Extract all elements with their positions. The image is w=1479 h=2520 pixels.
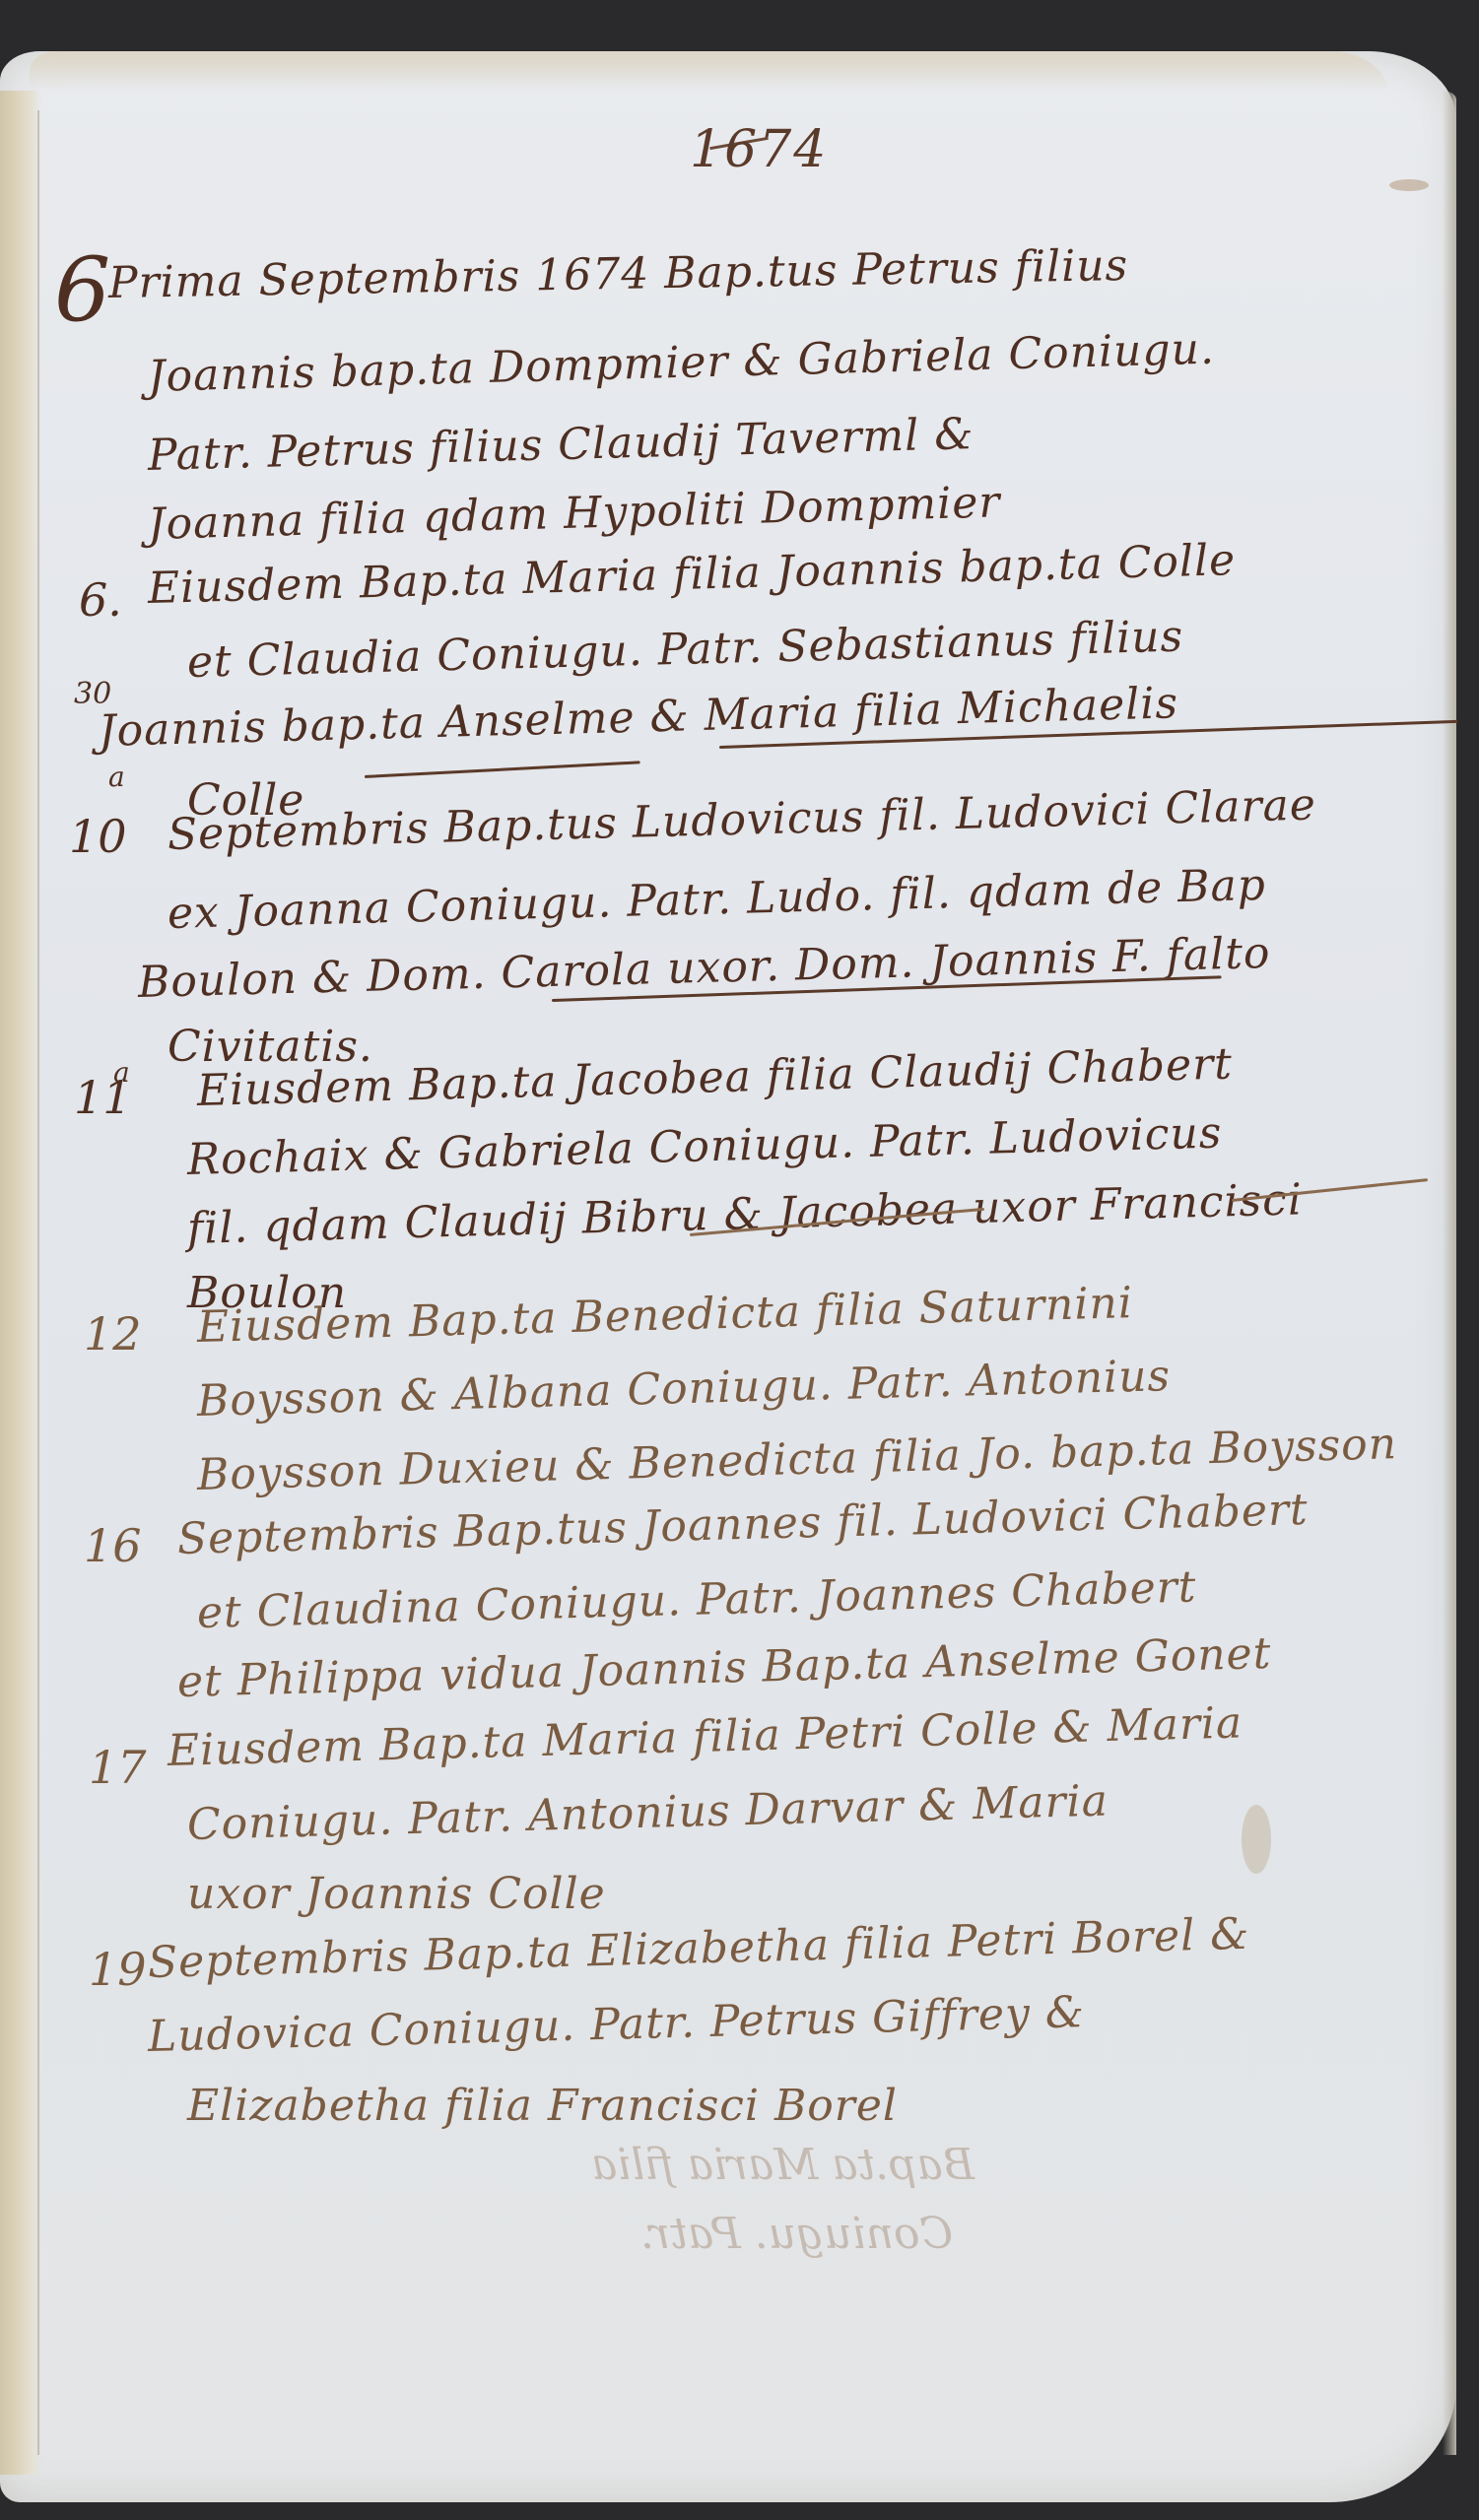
ink-stain: [1389, 179, 1429, 191]
entry-line: Ludovica Coniugu. Patr. Petrus Giffrey &: [147, 1987, 1085, 2062]
binding-fold-line: [37, 110, 39, 2455]
water-stain: [1242, 1805, 1271, 1874]
entry-margin-number: 12: [84, 1307, 142, 1360]
entry-margin-number: 10: [69, 810, 127, 863]
entry-line: Patr. Petrus filius Claudij Taverml &: [147, 409, 975, 481]
entry-line: et Philippa vidua Joannis Bap.ta Anselme…: [176, 1628, 1272, 1707]
entry-margin-prefix: 30: [74, 677, 111, 711]
page-top-edge: [30, 51, 1387, 91]
entry-line: et Claudia Coniugu. Patr. Sebastianus fi…: [186, 612, 1183, 688]
manuscript-page: 1674 6 Prima Septembris 1674 Bap.tus Pet…: [0, 51, 1456, 2502]
entry-line: Boysson & Albana Coniugu. Patr. Antonius: [196, 1351, 1171, 1426]
entry-line: Prima Septembris 1674 Bap.tus Petrus fil…: [108, 240, 1129, 308]
entry-line: Joannis bap.ta Dompmier & Gabriela Coniu…: [147, 324, 1215, 402]
entry-margin-superscript: a: [108, 761, 125, 793]
scan-background: 1674 6 Prima Septembris 1674 Bap.tus Pet…: [0, 0, 1479, 2520]
entry-line: Rochaix & Gabriela Coniugu. Patr. Ludovi…: [186, 1108, 1223, 1185]
entry-margin-number: 6.: [79, 573, 122, 627]
page-right-shadow: [1443, 91, 1456, 2455]
entry-line: ex Joanna Coniugu. Patr. Ludo. fil. qdam…: [167, 860, 1266, 939]
entry-line: Joanna filia qdam Hypoliti Dompmier: [147, 477, 1001, 550]
bleed-through-text: Coniugu. Patr.: [640, 2209, 953, 2259]
entry-line: Eiusdem Bap.ta Maria filia Joannis bap.t…: [147, 535, 1236, 614]
entry-line: Joannis bap.ta Anselme & Maria filia Mic…: [98, 678, 1178, 757]
entry-margin-superscript: a: [113, 1056, 130, 1089]
entry-line: Elizabetha filia Francisci Borel: [187, 2081, 898, 2131]
entry-margin-number: 19: [89, 1943, 147, 1996]
entry-margin-number: 6: [54, 238, 110, 342]
entry-line: Septembris Bap.ta Elizabetha filia Petri…: [147, 1909, 1250, 1988]
entry-line: uxor Joannis Colle: [187, 1869, 606, 1919]
page-year-header: 1674: [690, 120, 828, 179]
entry-divider: [365, 761, 640, 778]
entry-line: Coniugu. Patr. Antonius Darvar & Maria: [186, 1776, 1109, 1850]
entry-line: Septembris Bap.tus Joannes fil. Ludovici…: [176, 1485, 1309, 1564]
entry-line: Eiusdem Bap.ta Maria filia Petri Colle &…: [167, 1697, 1243, 1776]
entry-margin-number: 17: [89, 1741, 147, 1794]
entry-line: fil. qdam Claudij Bibru & Jacobea uxor F…: [186, 1174, 1303, 1254]
entry-margin-number: 16: [84, 1519, 142, 1572]
entry-line: et Claudina Coniugu. Patr. Joannes Chabe…: [196, 1561, 1197, 1638]
bleed-through-text: Bap.ta Maria filia: [591, 2140, 975, 2190]
entry-line: Septembris Bap.tus Ludovicus fil. Ludovi…: [167, 779, 1316, 860]
binding-edge: [0, 91, 41, 2475]
